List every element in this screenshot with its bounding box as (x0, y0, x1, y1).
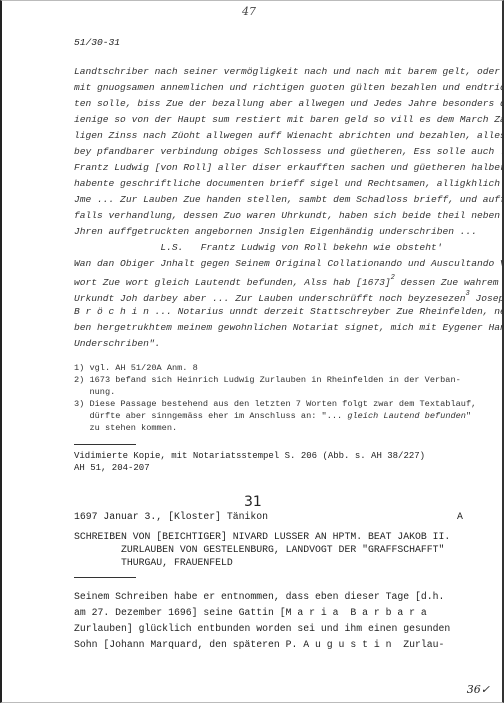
footnote-2-cont: nung. (74, 387, 115, 397)
footnote-3-cont: dürfte aber sinngemäss eher im Anschluss… (74, 411, 471, 421)
transcript-line: Landtschriber nach seiner vermögligkeit … (74, 66, 500, 77)
source-divider (74, 444, 136, 445)
transcript-line: wort Zue wort gleich Lautendt befunden, … (74, 274, 499, 288)
transcript-line: ligen Zinss nach Züoht allwegen auff Wie… (74, 130, 504, 141)
page-number: 47 (242, 5, 256, 18)
document-title-line: SCHREIBEN VON [BEICHTIGER] NIVARD LUSSER… (74, 531, 450, 542)
footnote-3: 3) Diese Passage bestehend aus den letzt… (74, 399, 476, 409)
transcript-text: Urkundt Joh darbey aber ... Zur Lauben u… (74, 293, 466, 304)
transcript-line: habente geschriftliche documenten brieff… (74, 178, 500, 189)
document-page: 47 51/30-31 Landtschriber nach seiner ve… (0, 0, 504, 703)
source-line: Vidimierte Kopie, mit Notariatsstempel S… (74, 451, 425, 461)
transcript-line: mit gnuogsamen annemlichen und richtigen… (74, 82, 504, 93)
transcript-line: Underschriben". (74, 338, 160, 349)
document-date-place: 1697 Januar 3., [Kloster] Tänikon (74, 511, 268, 522)
transcript-line: Frantz Ludwig [von Roll] aller diser erk… (74, 162, 504, 173)
archive-reference: 51/30-31 (74, 37, 120, 48)
transcript-line: Jhren auffgetruckten angebornen Jnsiglen… (74, 226, 477, 237)
transcript-line: bey pfandbarer verbindung obiges Schloss… (74, 146, 504, 157)
footnote-1: 1) vgl. AH 51/20A Anm. 8 (74, 363, 198, 373)
footnote-3-end: zu stehen kommen. (74, 423, 177, 433)
footnote-2: 2) 1673 befand sich Heinrich Ludwig Zurl… (74, 375, 461, 385)
transcript-line-signature: L.S. Frantz Ludwig von Roll bekehn wie o… (74, 242, 442, 253)
transcript-line: B r ö c h i n ... Notarius unndt derzeit… (74, 306, 504, 317)
transcript-text: Joseph (470, 293, 504, 304)
footnote-text: " (466, 411, 471, 421)
transcript-text: dessen Zue wahrem (395, 277, 499, 288)
handwritten-mark: 36✓ (467, 683, 490, 696)
transcript-line: Urkundt Joh darbey aber ... Zur Lauben u… (74, 290, 504, 304)
title-divider (74, 577, 136, 578)
document-title-line: ZURLAUBEN VON GESTELENBURG, LANDVOGT DER… (74, 544, 444, 555)
summary-line: Seinem Schreiben habe er entnommen, dass… (74, 591, 444, 602)
summary-line: Zurlauben] glücklich entbunden worden se… (74, 623, 450, 634)
transcript-line: ienige so von der Haupt sum restiert mit… (74, 114, 504, 125)
transcript-line: Wan dan Obiger Jnhalt gegen Seinem Origi… (74, 258, 504, 269)
transcript-line: falls verhandlung, dessen Zuo waren Uhrk… (74, 210, 500, 221)
footnote-text: dürfte aber sinngemäss eher im Anschluss… (74, 411, 342, 421)
transcript-line: Jme ... Zur Lauben Zue handen stellen, s… (74, 194, 504, 205)
document-grade: A (457, 511, 463, 522)
source-line: AH 51, 204-207 (74, 463, 150, 473)
summary-line: Sohn [Johann Marquard, den späteren P. A… (74, 639, 444, 650)
footnote-quote: gleich Lautend befunden (342, 411, 466, 421)
document-number: 31 (244, 494, 262, 510)
summary-line: am 27. Dezember 1696] seine Gattin [M a … (74, 607, 427, 618)
transcript-line: ben hergetrukhtem meinem gewohnlichen No… (74, 322, 504, 333)
transcript-text: wort Zue wort gleich Lautendt befunden, … (74, 277, 391, 288)
document-title-line: THURGAU, FRAUENFELD (74, 557, 233, 568)
transcript-line: ten solle, biss Zue der bezallung aber a… (74, 98, 504, 109)
